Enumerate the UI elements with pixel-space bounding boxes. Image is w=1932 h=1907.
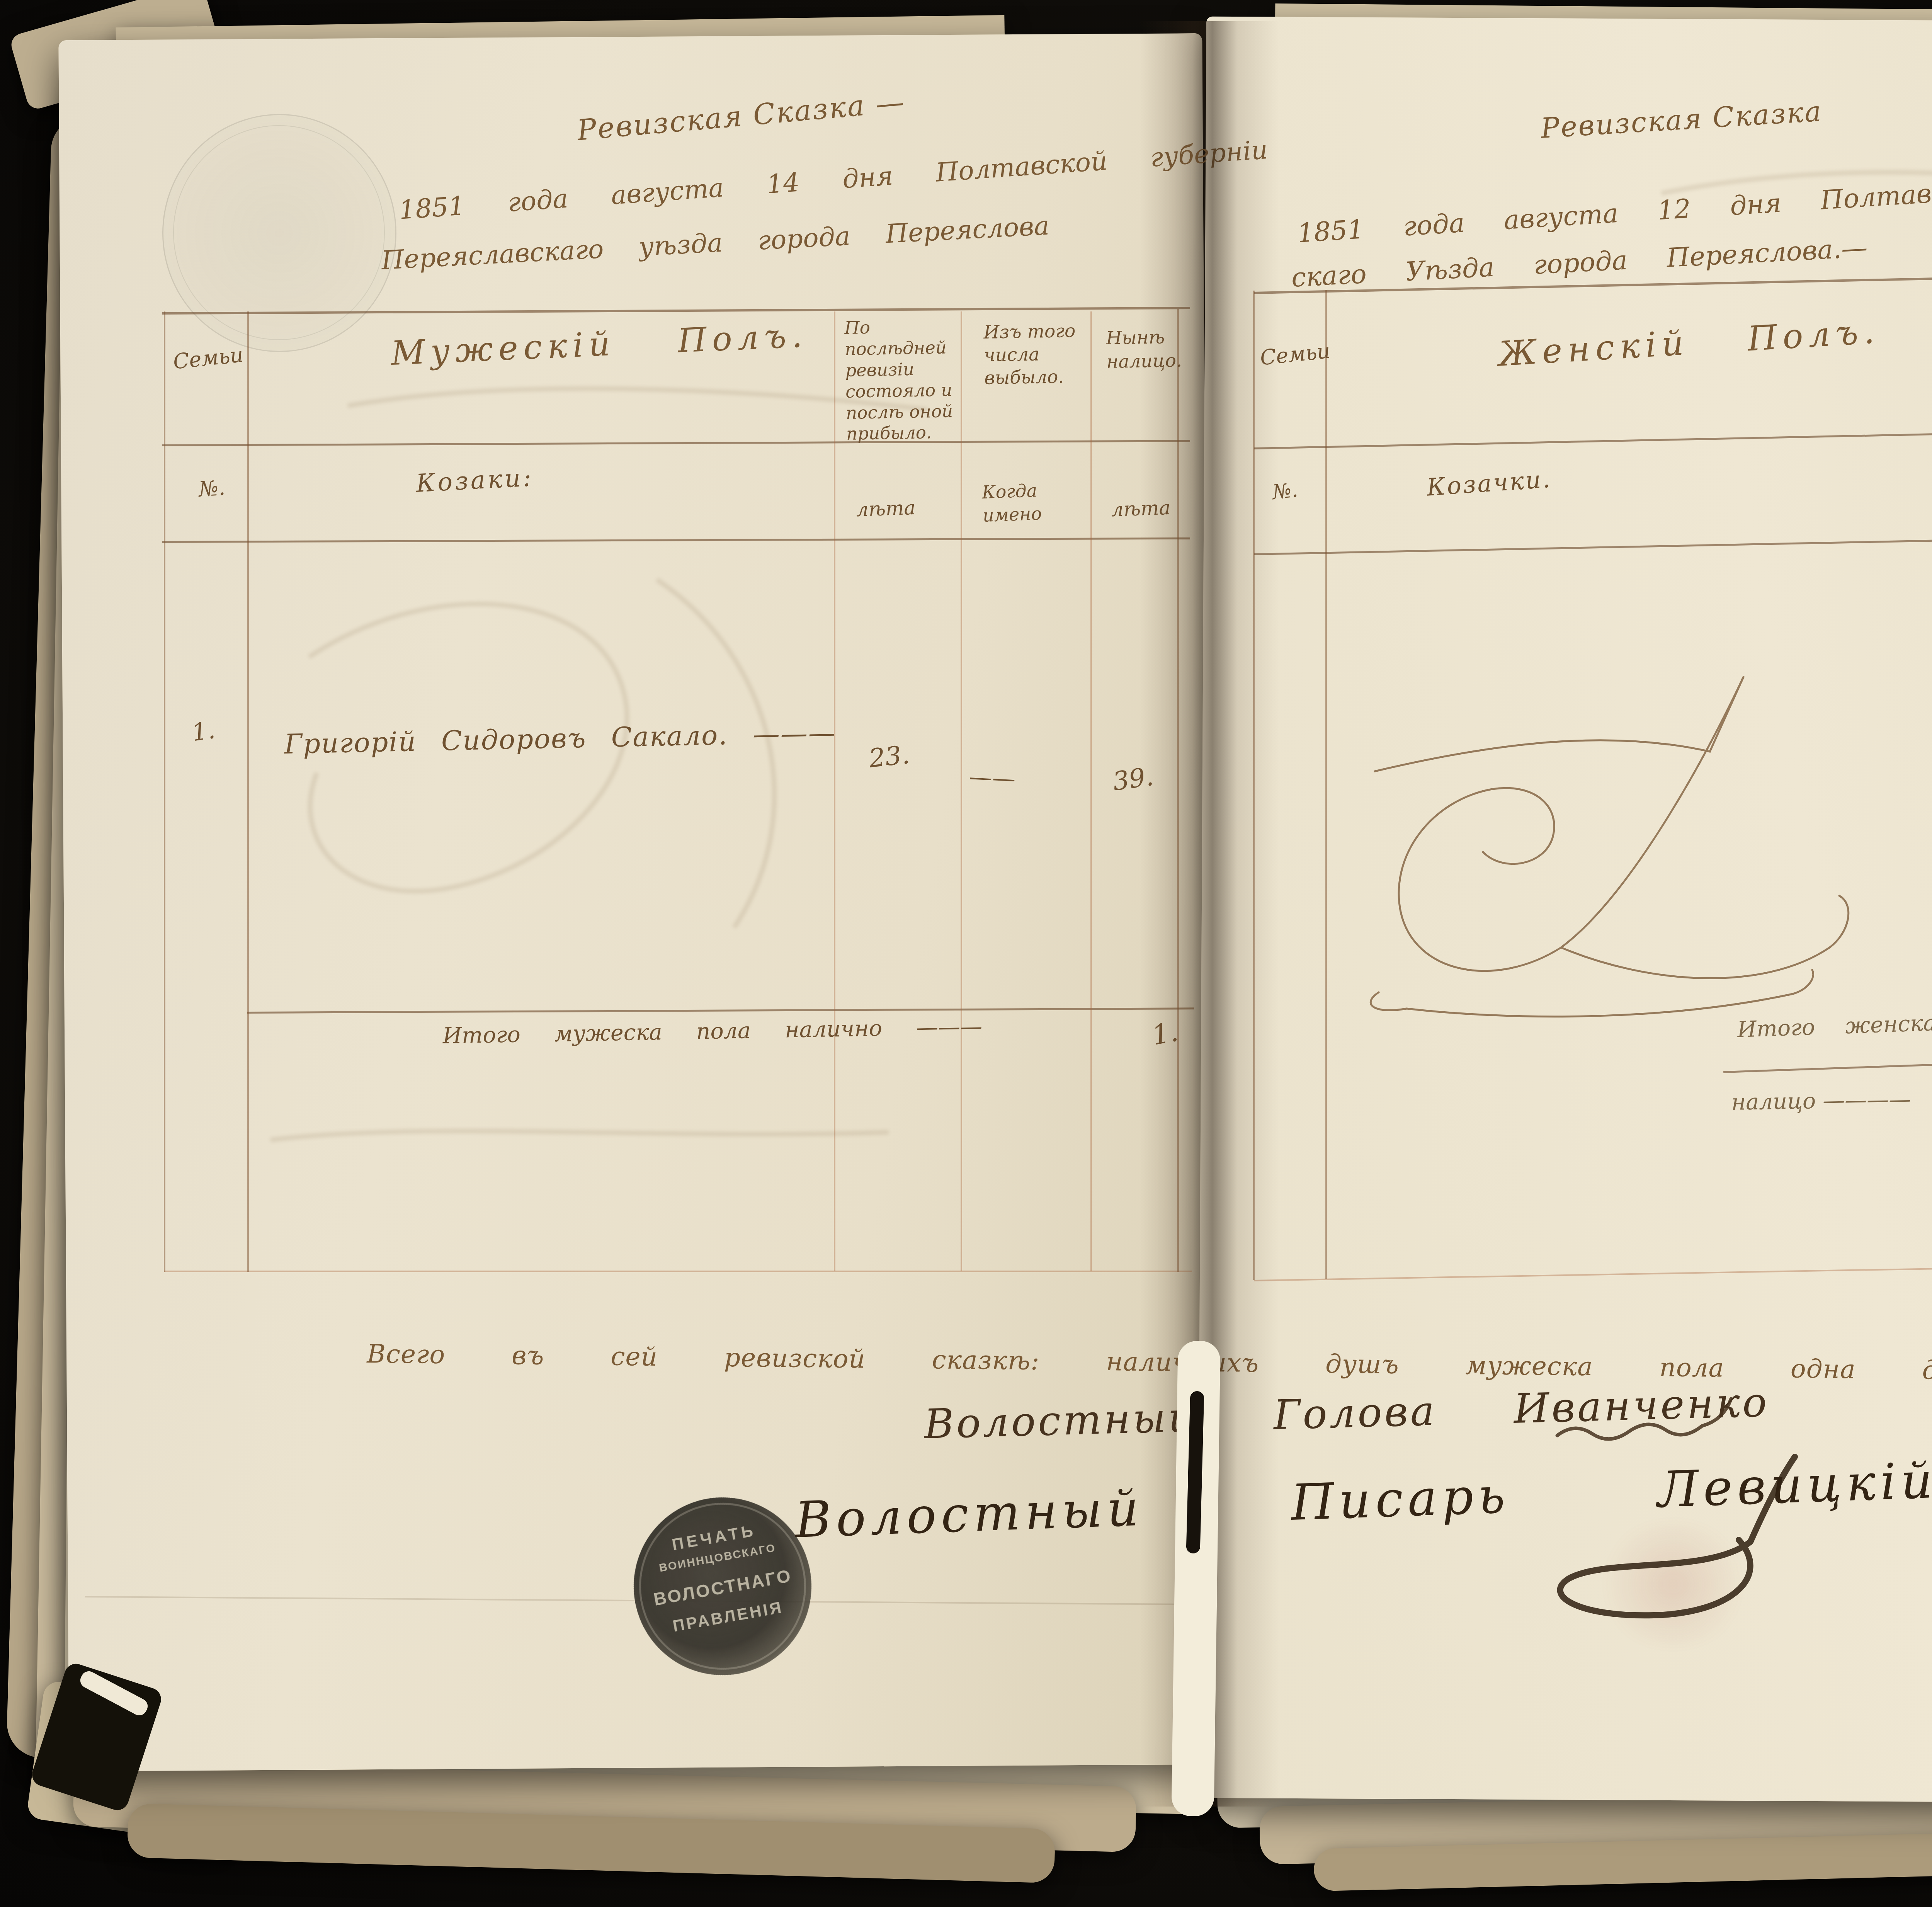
photo-of-open-revision-book: ПЕЧАТЬ ВОИННЦОВСКАГО ВОЛОСТНАГО ПРАВЛЕНІ… [0,0,1932,1907]
left-when-header: Когда имено [981,478,1083,527]
table-line [247,311,249,1272]
table-line [164,1271,1192,1272]
table-line [961,311,962,1271]
entry-number: 1. [190,716,217,747]
entry-age-previous: 23. [867,740,911,774]
table-line [164,311,165,1272]
ink-smudge [1596,1523,1750,1646]
left-col-prev-revision-header: По послѣдней ревизіи состояло и послѣ он… [844,316,961,445]
table-line [834,311,835,1271]
entry-departed-dash: —— [968,763,1016,793]
embossed-seal-inner-ring [173,125,385,340]
table-line [1090,311,1092,1271]
left-age-header: лѣта [856,497,916,521]
table-line [1325,290,1327,1279]
right-total-label-line2: налицо ———— [1731,1087,1911,1115]
left-col-departed-header: Изъ того числа выбыло. [983,320,1085,390]
left-number-header: №. [198,475,226,502]
